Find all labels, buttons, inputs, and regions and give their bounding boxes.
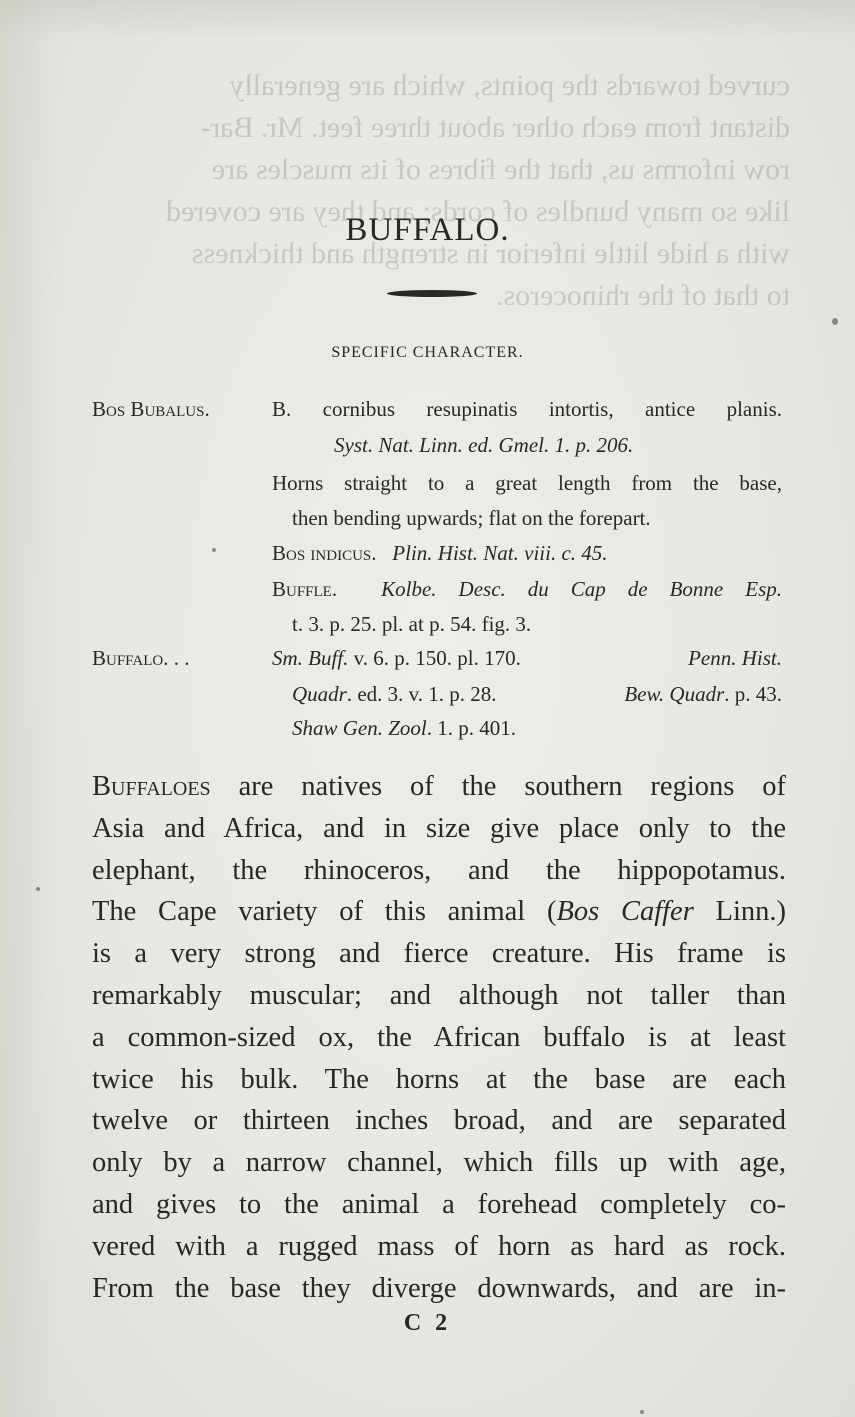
synonym-label: Buffalo. . . [92,645,190,671]
synonym-reference: Quadr. ed. 3. v. 1. p. 28. Bew. Quadr. p… [292,681,782,707]
body-text: The Cape variety of this animal ( [92,896,556,927]
body-line: and gives to the animal a forehead compl… [92,1184,786,1226]
body-text: From the base they diverge downwards, an… [92,1273,786,1304]
synonym-reference: Syst. Nat. Linn. ed. Gmel. 1. p. 206. [334,432,824,458]
body-line: vered with a rugged mass of horn as hard… [92,1226,786,1268]
body-line: twelve or thirteen inches broad, and are… [92,1100,786,1142]
bleed-line: curved towards the points, which are gen… [100,65,790,107]
synonym-reference-part: Quadr. ed. 3. v. 1. p. 28. [292,681,497,707]
body-line: Buffaloes are natives of the southern re… [92,766,786,808]
paper-speck [640,1410,644,1414]
book-page: curved towards the points, which are gen… [0,0,855,1417]
bleed-line: row informs us, that the fibres of its m… [100,149,790,191]
bleed-through-text: curved towards the points, which are gen… [100,65,790,317]
body-text: Linn.) [694,896,786,927]
synonym-translation-line: then bending upwards; flat on the forepa… [292,505,782,531]
signature-mark: C 2 [0,1310,855,1337]
body-line: twice his bulk. The horns at the base ar… [92,1059,786,1101]
synonym-reference: t. 3. p. 25. pl. at p. 54. fig. 3. [292,611,782,637]
body-line: Asia and Africa, and in size give place … [92,808,786,850]
body-line: a common-sized ox, the African buffalo i… [92,1017,786,1059]
synonym-name: Bos indicus. [272,541,377,565]
section-subheading: SPECIFIC CHARACTER. [0,344,855,362]
body-line: The Cape variety of this animal (Bos Caf… [92,891,786,933]
body-line: is a very strong and fierce creature. Hi… [92,933,786,975]
body-text: twelve or thirteen inches broad, and are… [92,1105,786,1136]
synonym-entry: Bos indicus. Plin. Hist. Nat. viii. c. 4… [272,540,782,566]
body-text: remarkably muscular; and although not ta… [92,980,786,1011]
body-text: is a very strong and fierce creature. Hi… [92,938,786,969]
synonym-reference: Plin. Hist. Nat. viii. c. 45. [392,541,607,565]
bleed-line: distant from each other about three feet… [100,107,790,149]
synonym-label: Bos Bubalus. [92,396,210,422]
synonym-name: Buffle. [272,577,337,601]
synonym-description: B. cornibus resupinatis intortis, antice… [272,396,782,422]
synonym-reference: Sm. Buff. v. 6. p. 150. pl. 170. [272,645,521,671]
body-text: only by a narrow channel, which fills up… [92,1147,786,1178]
synonym-reference-part: Bew. Quadr. p. 43. [624,681,782,707]
body-line: elephant, the rhinoceros, and the hippop… [92,850,786,892]
body-text: and gives to the animal a forehead compl… [92,1189,786,1220]
paper-speck [36,887,40,891]
synonym-entry: Sm. Buff. v. 6. p. 150. pl. 170. Penn. H… [272,645,782,671]
paper-speck [212,548,216,552]
body-line: From the base they diverge downwards, an… [92,1268,786,1310]
paper-speck [832,318,838,325]
page-title: BUFFALO. [0,212,855,249]
body-paragraph: Buffaloes are natives of the southern re… [92,766,786,1309]
ornamental-rule [387,290,477,297]
synonym-entry: Buffle. Kolbe. Desc. du Cap de Bonne Esp… [272,576,782,602]
body-text: elephant, the rhinoceros, and the hippop… [92,855,786,886]
body-text: vered with a rugged mass of horn as hard… [92,1231,786,1262]
synonym-reference: Kolbe. Desc. du Cap de Bonne Esp. [381,577,782,601]
body-text: a common-sized ox, the African buffalo i… [92,1022,786,1053]
body-line: only by a narrow channel, which fills up… [92,1142,786,1184]
species-name: Bos Caffer [556,896,693,927]
body-line: remarkably muscular; and although not ta… [92,975,786,1017]
synonym-reference: Penn. Hist. [688,645,782,671]
body-text: twice his bulk. The horns at the base ar… [92,1064,786,1095]
lead-word: Buffaloes [92,771,211,802]
synonym-translation-line: Horns straight to a great length from th… [272,470,782,496]
body-text: are natives of the southern regions of [211,771,786,802]
synonym-reference: Shaw Gen. Zool. 1. p. 401. [292,715,782,741]
body-text: Asia and Africa, and in size give place … [92,813,786,844]
